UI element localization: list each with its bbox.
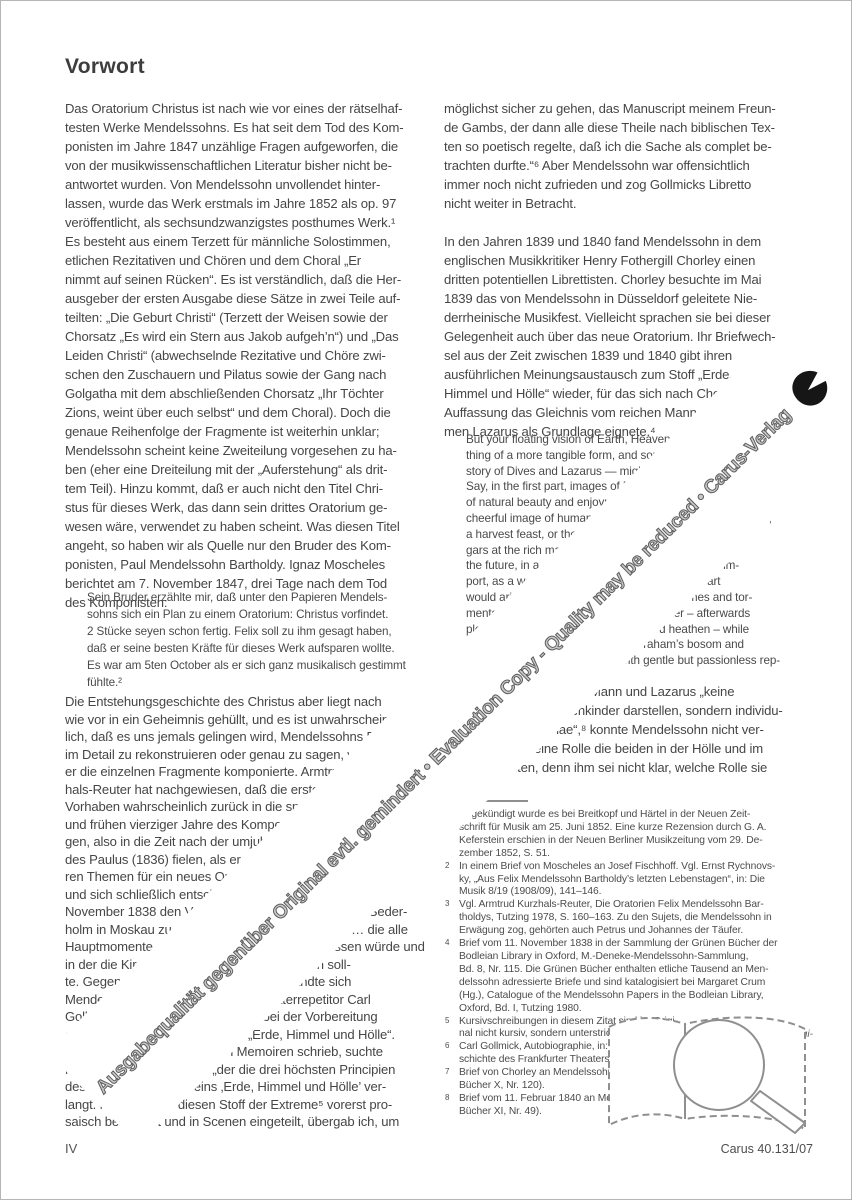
footnote-number: 3 — [445, 898, 449, 911]
footnote-4: 4 Brief vom 11. November 1838 in der Sam… — [444, 938, 816, 1015]
right-column-paragraph-1: möglichst sicher zu gehen, das Manuscrip… — [444, 99, 816, 213]
footnote-text: Angekündigt wurde es bei Breitkopf und H… — [459, 809, 816, 861]
footnote-2: 2 In einem Brief von Moscheles an Josef … — [444, 861, 816, 900]
footnote-number: 2 — [445, 860, 449, 873]
footnote-number: 5 — [445, 1015, 449, 1028]
footnote-1: 1 Angekündigt wurde es bei Breitkopf und… — [444, 809, 816, 861]
footnote-number: 8 — [445, 1092, 449, 1105]
carus-logo-icon — [781, 360, 841, 420]
page-title: Vorwort — [65, 55, 145, 79]
left-column-quote: Sein Bruder erzählte mir, daß unter den … — [87, 589, 429, 691]
book-magnifier-logo-icon — [599, 1011, 815, 1146]
footnote-text: Brief vom 11. November 1838 in der Samml… — [459, 938, 816, 1015]
scanned-preface-page: Vorwort Das Oratorium Christus ist nach … — [0, 0, 852, 1200]
page-number: IV — [65, 1141, 77, 1156]
footnote-number: 6 — [445, 1040, 449, 1053]
footnote-text: In einem Brief von Moscheles an Josef Fi… — [459, 861, 816, 900]
footnote-number: 7 — [445, 1066, 449, 1079]
footnote-text: Vgl. Armtrud Kurzhals-Reuter, Die Orator… — [459, 899, 816, 938]
footnote-3: 3 Vgl. Armtrud Kurzhals-Reuter, Die Orat… — [444, 899, 816, 938]
left-column-paragraph-1: Das Oratorium Christus ist nach wie vor … — [65, 99, 429, 612]
footnote-number: 4 — [445, 937, 449, 950]
